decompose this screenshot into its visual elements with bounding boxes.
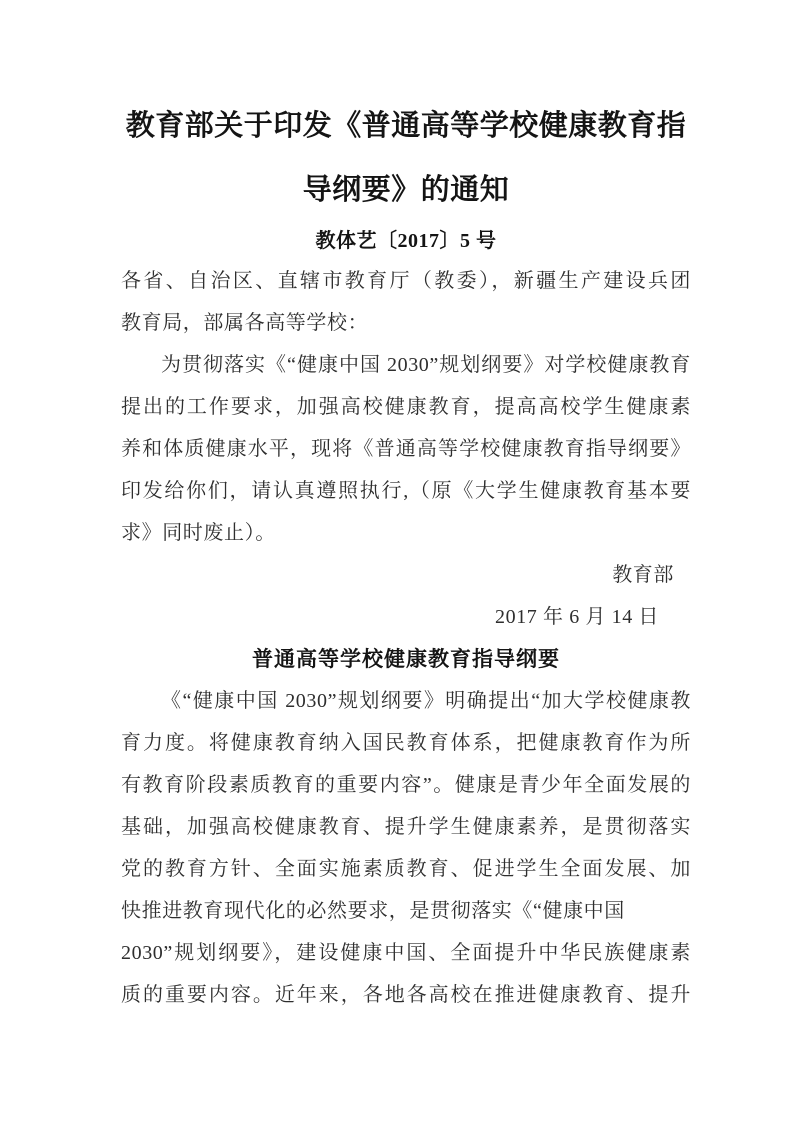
text-line: 党的教育方针、全面实施素质教育、促进学生全面发展、加 bbox=[121, 848, 691, 890]
signature-date: 2017 年 6 月 14 日 bbox=[121, 596, 691, 638]
signature: 教育部 bbox=[121, 554, 691, 596]
text-line: 2030”规划纲要》，建设健康中国、全面提升中华民族健康素 bbox=[121, 932, 691, 974]
text-line: 提出的工作要求，加强高校健康教育，提高高校学生健康素 bbox=[121, 386, 691, 428]
text-line: 印发给你们，请认真遵照执行,（原《大学生健康教育基本要 bbox=[121, 470, 691, 512]
text-line: 养和体质健康水平，现将《普通高等学校健康教育指导纲要》 bbox=[121, 428, 691, 470]
text-line: 有教育阶段素质教育的重要内容”。健康是青少年全面发展的 bbox=[121, 764, 691, 806]
text-line: 求》同时废止）。 bbox=[121, 512, 691, 554]
notice-body: 各省、自治区、直辖市教育厅（教委），新疆生产建设兵团教育局，部属各高等学校：为贯… bbox=[121, 260, 691, 554]
section-title: 普通高等学校健康教育指导纲要 bbox=[121, 638, 691, 680]
doc-number: 教体艺〔2017〕5 号 bbox=[121, 222, 691, 260]
section-body: 《“健康中国 2030”规划纲要》明确提出“加大学校健康教育力度。将健康教育纳入… bbox=[121, 680, 691, 1016]
text-line: 教育局，部属各高等学校： bbox=[121, 302, 691, 344]
text-line: 快推进教育现代化的必然要求，是贯彻落实《“健康中国 bbox=[121, 890, 691, 932]
text-line: 基础，加强高校健康教育、提升学生健康素养，是贯彻落实 bbox=[121, 806, 691, 848]
notice-title-line2: 导纲要》的通知 bbox=[121, 158, 691, 222]
text-line: 各省、自治区、直辖市教育厅（教委），新疆生产建设兵团 bbox=[121, 260, 691, 302]
text-line: 育力度。将健康教育纳入国民教育体系，把健康教育作为所 bbox=[121, 722, 691, 764]
notice-title-line1: 教育部关于印发《普通高等学校健康教育指 bbox=[121, 94, 691, 158]
document-page: 教育部关于印发《普通高等学校健康教育指 导纲要》的通知 教体艺〔2017〕5 号… bbox=[0, 0, 793, 1122]
text-line: 为贯彻落实《“健康中国 2030”规划纲要》对学校健康教育 bbox=[121, 344, 691, 386]
notice-title: 教育部关于印发《普通高等学校健康教育指 导纲要》的通知 bbox=[121, 0, 691, 222]
text-line: 《“健康中国 2030”规划纲要》明确提出“加大学校健康教 bbox=[121, 680, 691, 722]
text-line: 质的重要内容。近年来，各地各高校在推进健康教育、提升 bbox=[121, 974, 691, 1016]
document-content: 教育部关于印发《普通高等学校健康教育指 导纲要》的通知 教体艺〔2017〕5 号… bbox=[121, 0, 691, 1016]
